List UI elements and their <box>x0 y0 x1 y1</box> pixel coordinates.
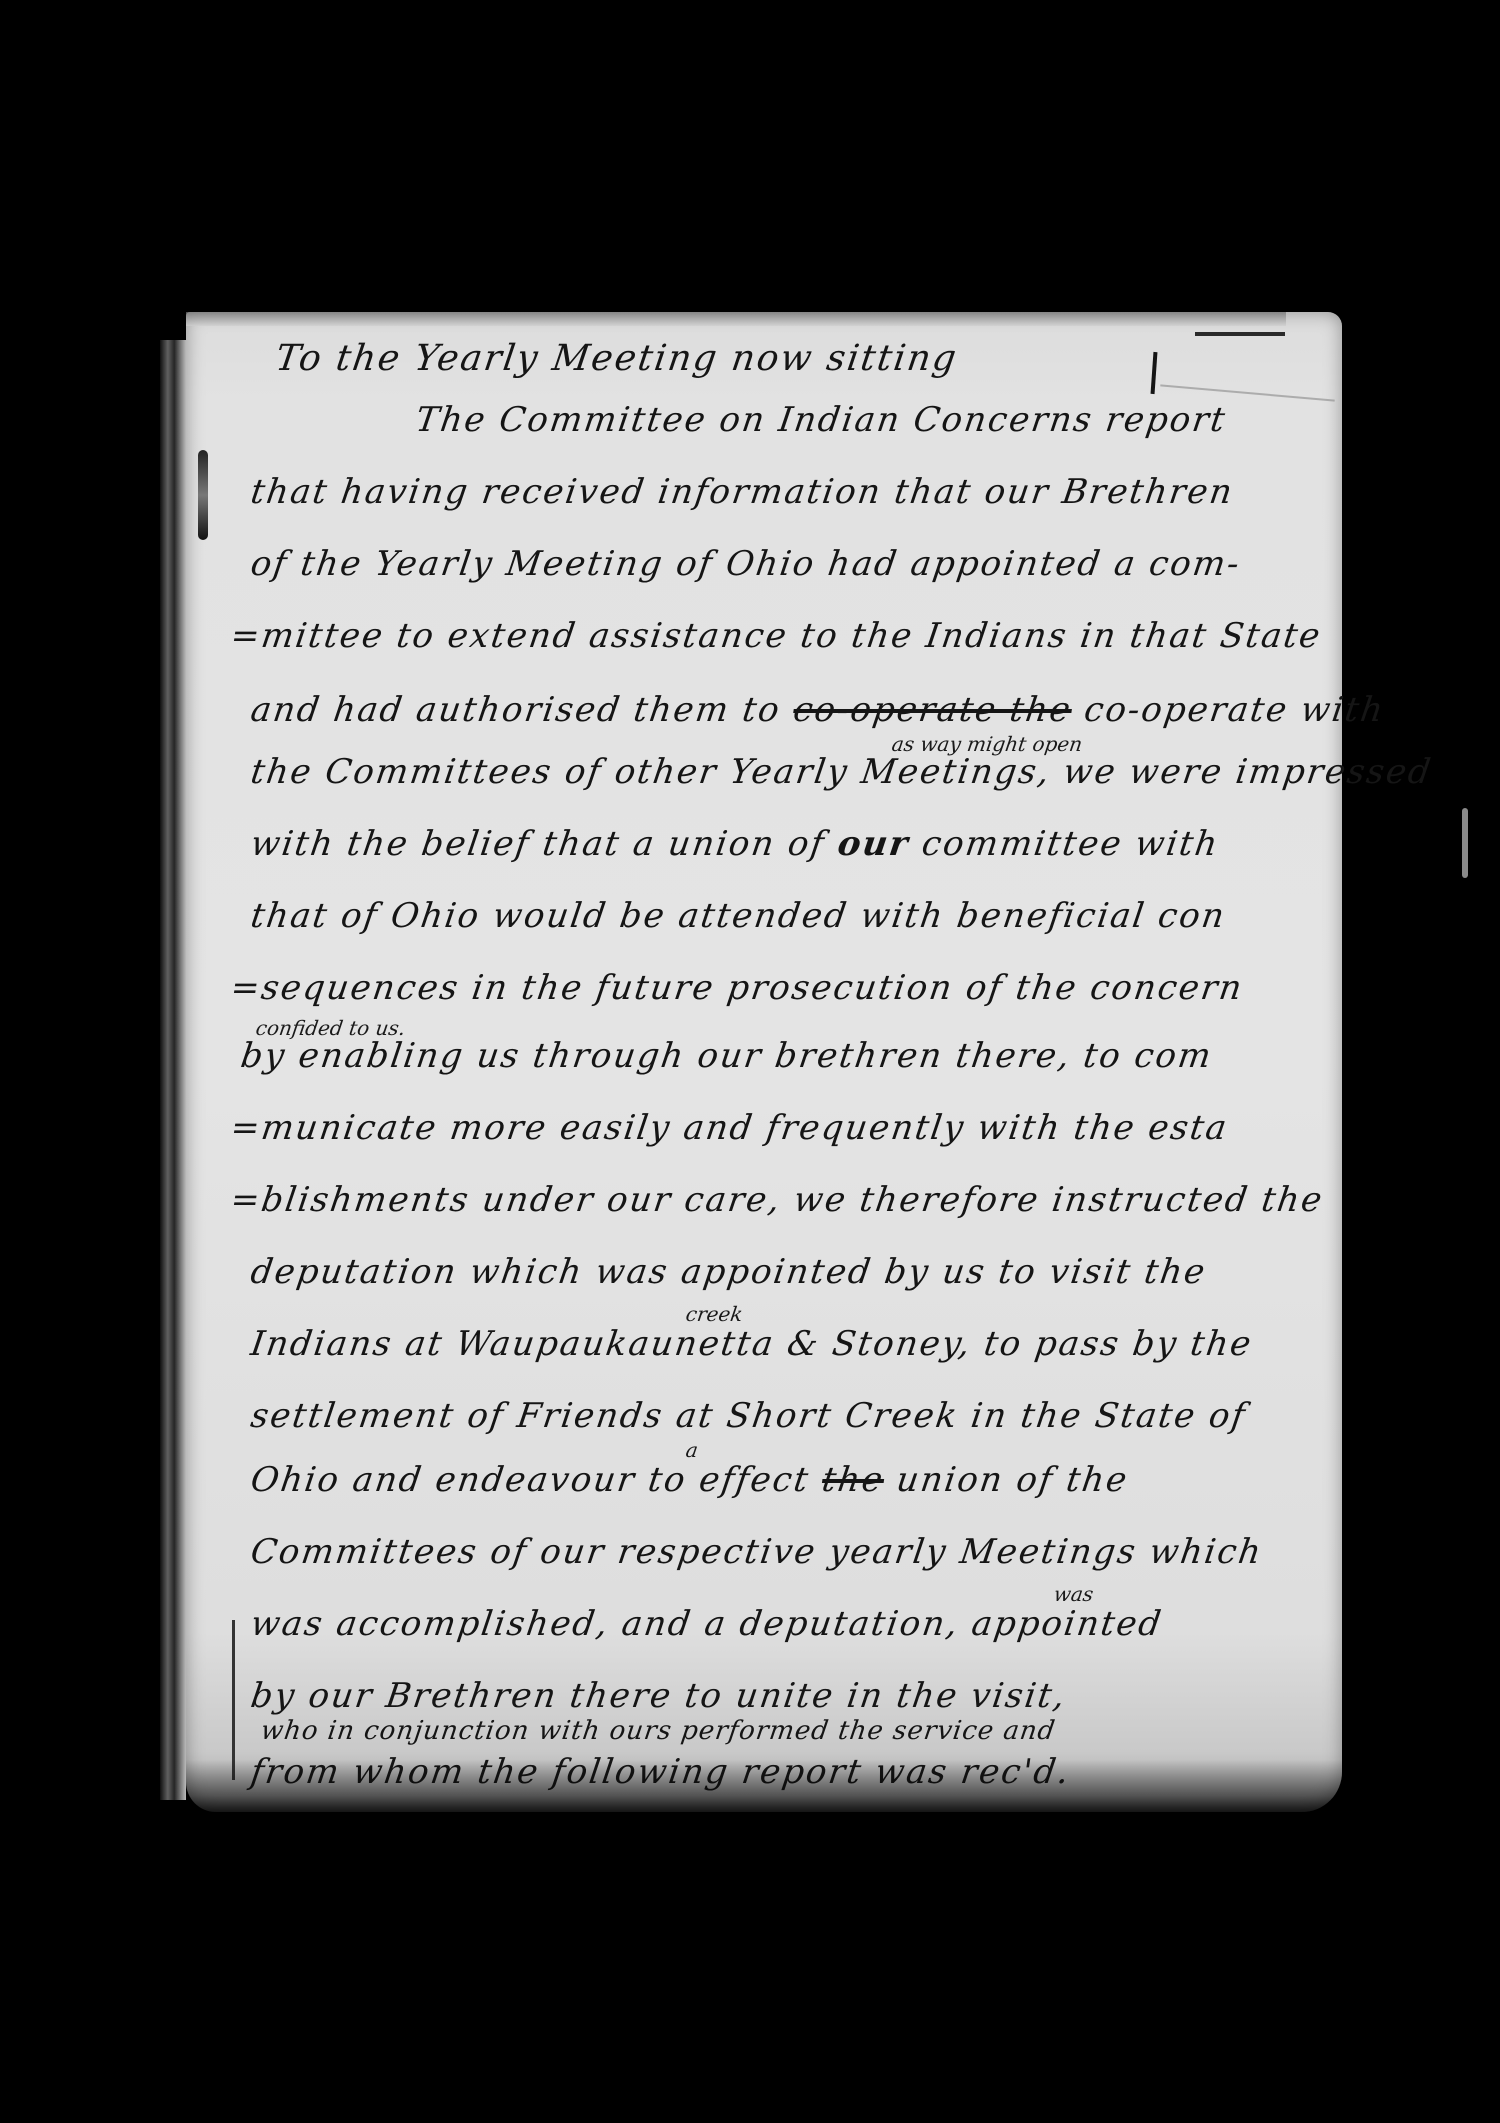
manuscript-line-2: that having received information that ou… <box>248 472 1236 512</box>
interlinear-insertion: a <box>684 1438 699 1462</box>
manuscript-line-18: was accomplished, and a deputation, appo… <box>248 1604 1165 1644</box>
manuscript-line-12: =blishments under our care, we therefore… <box>228 1180 1326 1220</box>
manuscript-line-16: Ohio and endeavour to effect the union o… <box>248 1460 1131 1500</box>
manuscript-line-9: =sequences in the future prosecution of … <box>228 968 1246 1008</box>
manuscript-line-8: that of Ohio would be attended with bene… <box>248 896 1228 936</box>
interlinear-insertion: creek <box>684 1302 744 1326</box>
manuscript-line-10: by enabling us through our brethren ther… <box>238 1036 1215 1076</box>
page-edge-left <box>160 340 186 1800</box>
manuscript-line-19: by our Brethren there to unite in the vi… <box>248 1676 1069 1716</box>
line-7-after: committee with <box>919 824 1221 864</box>
manuscript-page: To the Yearly Meeting now sitting The Co… <box>186 312 1342 1812</box>
top-rule-mark <box>1195 332 1285 336</box>
manuscript-line-15: settlement of Friends at Short Creek in … <box>248 1396 1249 1436</box>
manuscript-line-20: who in conjunction with ours performed t… <box>259 1716 1058 1746</box>
struck-text: the <box>820 1460 887 1500</box>
interlinear-insertion: was <box>1052 1582 1095 1606</box>
document-heading: To the Yearly Meeting now sitting <box>273 338 960 379</box>
line-16-after: union of the <box>894 1460 1131 1500</box>
line-5-after: co-operate with <box>1082 690 1388 730</box>
manuscript-line-17: Committees of our respective yearly Meet… <box>248 1532 1265 1572</box>
manuscript-line-3: of the Yearly Meeting of Ohio had appoin… <box>248 544 1243 584</box>
manuscript-line-5: and had authorised them to co-operate th… <box>248 690 1387 730</box>
emphasized-word: our <box>835 824 912 864</box>
scan-artifact-mark <box>1462 808 1468 878</box>
manuscript-line-14: Indians at Waupaukaunetta & Stoney, to p… <box>248 1324 1255 1364</box>
manuscript-line-1: The Committee on Indian Concerns report <box>413 400 1229 440</box>
manuscript-line-13: deputation which was appointed by us to … <box>248 1252 1209 1292</box>
manuscript-line-7: with the belief that a union of our comm… <box>248 824 1222 864</box>
margin-bracket-mark <box>198 450 208 540</box>
manuscript-line-4: =mittee to extend assistance to the Indi… <box>228 616 1324 656</box>
page-bottom-shadow <box>186 1760 1342 1820</box>
line-7-before: with the belief that a union of <box>248 824 828 864</box>
line-5-before: and had authorised them to <box>248 690 783 730</box>
struck-text: co-operate the <box>791 690 1075 730</box>
margin-stroke-mark <box>232 1620 235 1780</box>
manuscript-line-6: the Committees of other Yearly Meetings,… <box>248 752 1435 792</box>
line-16-before: Ohio and endeavour to effect <box>248 1460 812 1500</box>
margin-stroke-mark <box>1151 352 1158 394</box>
manuscript-line-11: =municate more easily and frequently wit… <box>228 1108 1231 1148</box>
page-top-shadow <box>186 312 1286 326</box>
